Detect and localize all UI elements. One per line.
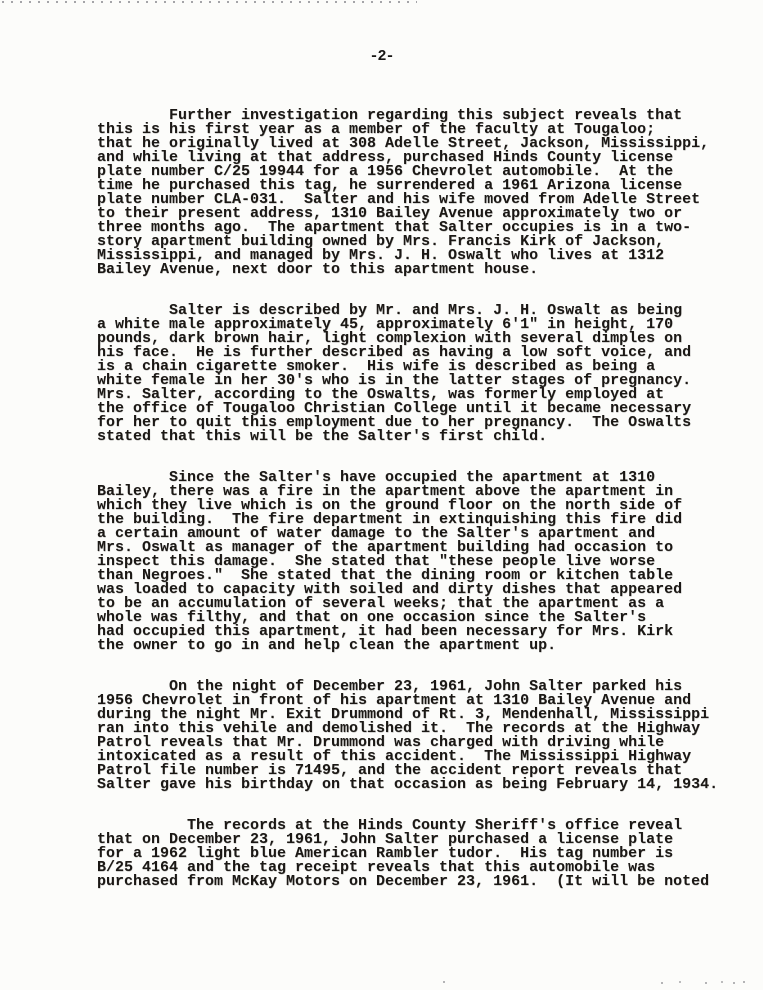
perforation-dots-top <box>2 1 417 3</box>
scan-specks-bottom <box>443 981 445 983</box>
scanned-document-page: -2- Further investigation regarding this… <box>0 0 763 990</box>
paragraph-sheriff-records: The records at the Hinds County Sheriff'… <box>97 819 757 889</box>
paragraph-physical-description: Salter is described by Mr. and Mrs. J. H… <box>97 304 757 444</box>
page-number: -2- <box>0 48 763 65</box>
document-body: Further investigation regarding this sub… <box>97 109 757 916</box>
paragraph-investigation-residence: Further investigation regarding this sub… <box>97 109 757 277</box>
paragraph-accident-report: On the night of December 23, 1961, John … <box>97 680 757 792</box>
paragraph-apartment-fire: Since the Salter's have occupied the apa… <box>97 471 757 653</box>
